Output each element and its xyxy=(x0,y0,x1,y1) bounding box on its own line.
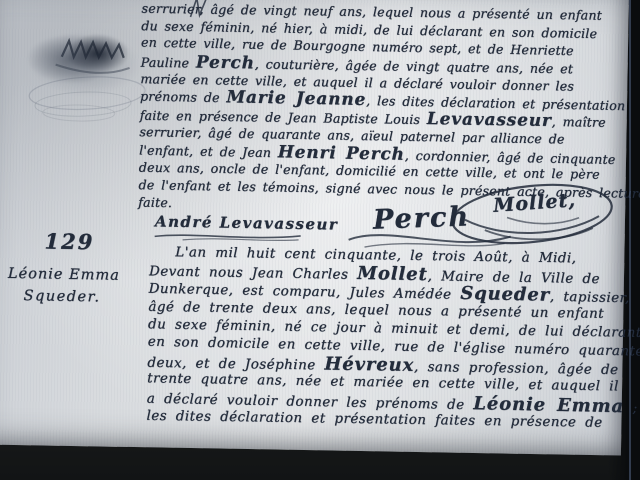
name-emphasis: Levavasseur xyxy=(427,108,552,130)
act2-number: 129 xyxy=(44,228,94,254)
photo-edge-line xyxy=(629,0,631,480)
text-run: Pauline xyxy=(141,55,196,71)
name-emphasis: Hévreux xyxy=(324,354,414,376)
act2-margin-name: Léonie Emma xyxy=(8,266,120,284)
text-run: faite en présence de Jean Baptiste Louis xyxy=(140,108,427,127)
name-emphasis: Marie Jeanne xyxy=(226,87,366,110)
act2-margin-surname: Squeder. xyxy=(23,288,100,305)
name-emphasis: Squeder xyxy=(460,283,550,306)
mollet-paraph-icon xyxy=(446,179,617,254)
act2-text-block: L'an mil huit cent cinquante, le trois A… xyxy=(146,243,640,434)
document-photo: { "colors": { "paper": "#dcdfe2", "ink":… xyxy=(0,0,640,480)
text-run: , maître xyxy=(552,114,606,130)
text-run: faite. xyxy=(138,194,172,210)
name-emphasis: Mollet xyxy=(357,263,428,285)
text-run: , tapissier, xyxy=(550,290,630,307)
name-emphasis: Perch xyxy=(196,52,255,73)
register-page: André serrurier, âgé de vingt neuf ans, … xyxy=(0,0,629,456)
text-run: deux, et de Joséphine xyxy=(147,356,324,374)
text-run: prénoms de xyxy=(140,89,227,106)
text-run: , sans profession, âgée de xyxy=(414,360,619,378)
name-emphasis: Henri Perch xyxy=(278,141,405,164)
text-run: l'enfant, et de Jean xyxy=(139,142,278,160)
signature-underline-flourish xyxy=(153,230,303,243)
